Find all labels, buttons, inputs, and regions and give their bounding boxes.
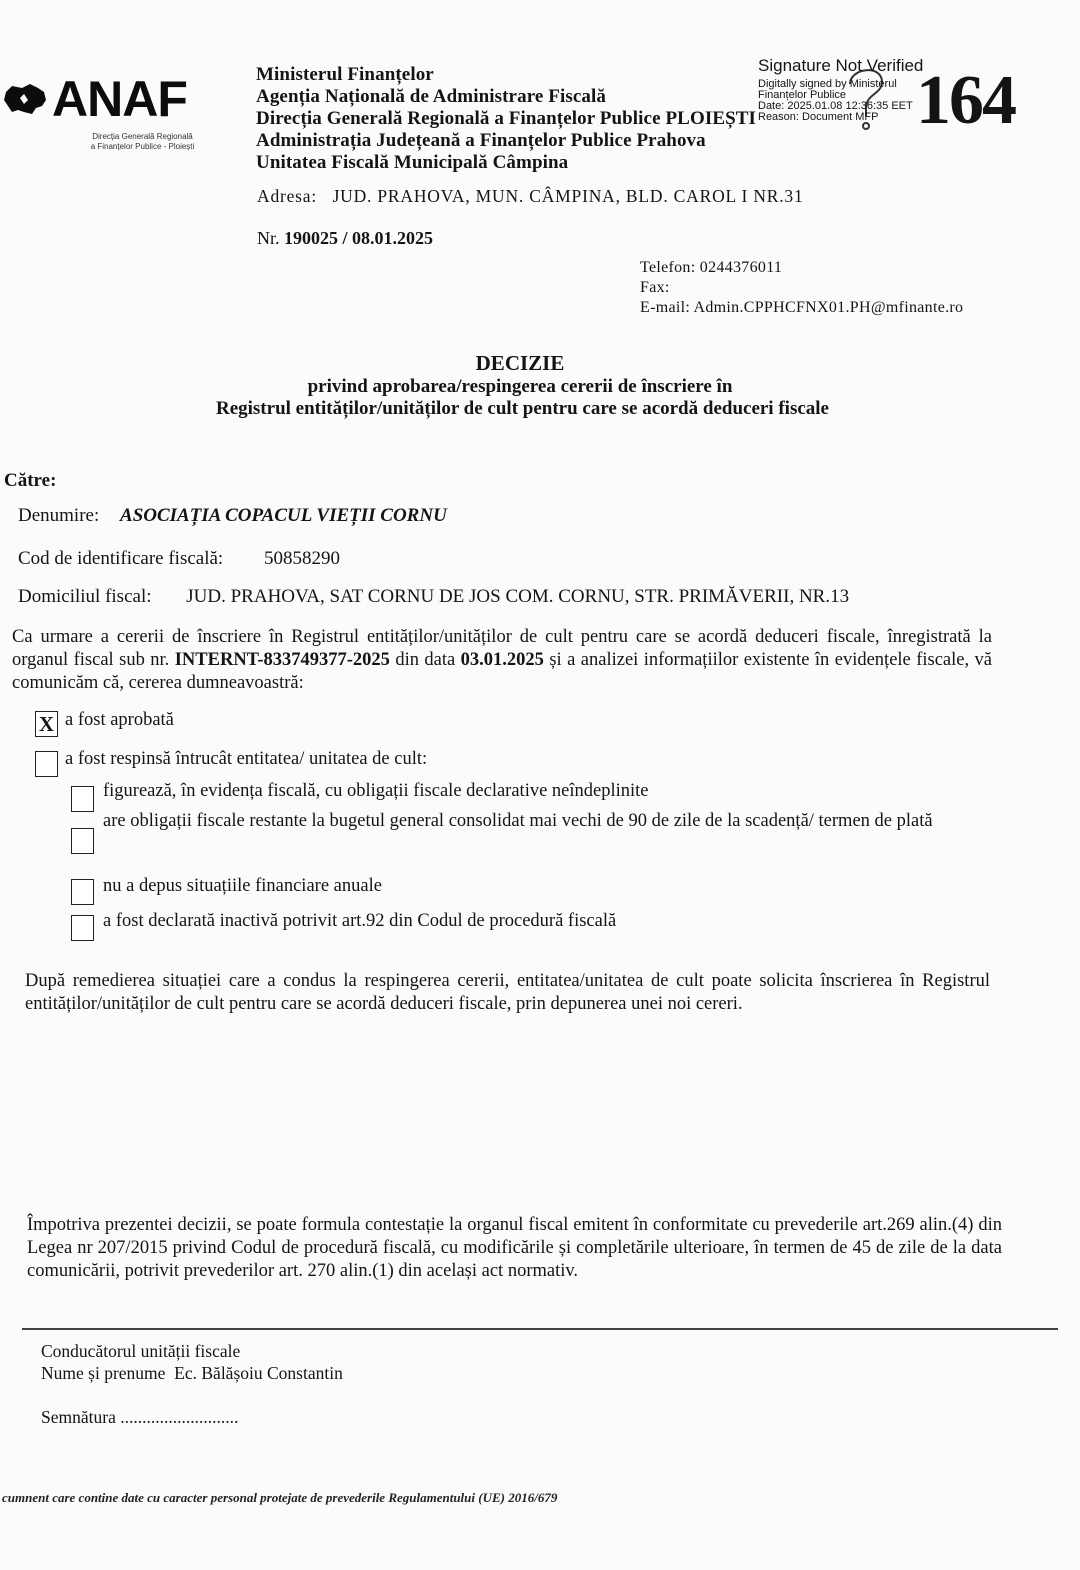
signature-detail: Reason: Document MFP (758, 112, 923, 123)
signoff-name: Ec. Bălășoiu Constantin (174, 1363, 343, 1383)
document-title: DECIZIE privind aprobarea/respingerea ce… (0, 350, 1080, 420)
page-number: 164 (916, 66, 1015, 136)
approved-label: a fost aprobată (65, 710, 174, 731)
digital-signature-block: Signature Not Verified Digitally signed … (758, 56, 923, 123)
reason-checkbox-inactive[interactable] (71, 915, 94, 941)
anaf-logo-text: ANAF (52, 74, 187, 124)
header-line: Ministerul Finanțelor (256, 64, 756, 86)
document-number: Nr. 190025 / 08.01.2025 (257, 228, 433, 249)
document-number-value: 190025 / 08.01.2025 (284, 228, 433, 248)
logo-subtitle-line: a Finanțelor Publice - Ploiești (80, 142, 205, 152)
institution-header: Ministerul Finanțelor Agenția Națională … (256, 64, 756, 174)
recipient-domicile-row: Domiciliul fiscal: JUD. PRAHOVA, SAT COR… (18, 586, 849, 608)
intro-paragraph: Ca urmare a cererii de înscriere în Regi… (12, 626, 992, 695)
romania-map-icon (2, 82, 48, 116)
reason-checkbox-financial-statements[interactable] (71, 879, 94, 905)
rejected-checkbox[interactable] (35, 751, 58, 777)
signature-label: Semnătura (41, 1407, 116, 1427)
email-label: E-mail: (640, 299, 690, 316)
reason-checkbox-arrears[interactable] (71, 828, 94, 854)
reason-checkbox-declarative[interactable] (71, 786, 94, 812)
anaf-logo-subtitle: Direcția Generală Regională a Finanțelor… (80, 132, 205, 152)
contact-info: Telefon: 0244376011 Fax: E-mail: Admin.C… (640, 258, 963, 318)
title-main: DECIZIE (0, 350, 1080, 376)
title-line: privind aprobarea/respingerea cererii de… (0, 376, 1080, 398)
address: Adresa: JUD. PRAHOVA, MUN. CÂMPINA, BLD.… (257, 186, 804, 207)
email-value: Admin.CPPHCFNX01.PH@mfinante.ro (694, 299, 964, 316)
recipient-cif-label: Cod de identificare fiscală: (18, 548, 223, 569)
reason-label: a fost declarată inactivă potrivit art.9… (103, 911, 616, 932)
address-value: JUD. PRAHOVA, MUN. CÂMPINA, BLD. CAROL I… (333, 186, 804, 206)
recipient-domicile: JUD. PRAHOVA, SAT CORNU DE JOS COM. CORN… (186, 586, 849, 607)
document-number-label: Nr. (257, 228, 280, 248)
intro-text: din data (390, 650, 461, 670)
header-line: Administrația Județeană a Finanțelor Pub… (256, 130, 756, 152)
phone-value: 0244376011 (700, 259, 782, 276)
header-line: Unitatea Fiscală Municipală Câmpina (256, 152, 756, 174)
recipient-heading: Către: (4, 470, 56, 492)
reason-label: are obligații fiscale restante la bugetu… (103, 810, 1003, 832)
recipient-name: ASOCIAȚIA COPACUL VIEȚII CORNU (120, 505, 447, 526)
signoff-block: Conducătorul unității fiscale Nume și pr… (41, 1340, 343, 1428)
reason-label: figurează, în evidența fiscală, cu oblig… (103, 781, 649, 802)
recipient-name-row: Denumire: ASOCIAȚIA COPACUL VIEȚII CORNU (18, 505, 447, 527)
remedy-paragraph: După remedierea situației care a condus … (25, 970, 990, 1016)
request-number: INTERNT-833749377-2025 (175, 650, 390, 670)
logo-subtitle-line: Direcția Generală Regională (80, 132, 205, 142)
title-line: Registrul entităților/unităților de cult… (0, 398, 1080, 420)
recipient-cif: 50858290 (264, 548, 340, 569)
request-date: 03.01.2025 (461, 650, 544, 670)
recipient-cif-row: Cod de identificare fiscală: 50858290 (18, 548, 340, 570)
signature-line: ........................... (120, 1407, 238, 1427)
appeal-paragraph: Împotriva prezentei decizii, se poate fo… (27, 1214, 1002, 1283)
phone-label: Telefon: (640, 259, 695, 276)
reason-label: nu a depus situațiile financiare anuale (103, 876, 382, 897)
fax-label: Fax: (640, 279, 670, 296)
signature-divider (22, 1328, 1058, 1330)
recipient-domicile-label: Domiciliul fiscal: (18, 586, 152, 607)
signoff-role: Conducătorul unității fiscale (41, 1340, 343, 1362)
signature-status: Signature Not Verified (758, 56, 923, 76)
signoff-name-label: Nume și prenume (41, 1363, 165, 1383)
address-label: Adresa: (257, 186, 317, 206)
recipient-name-label: Denumire: (18, 505, 99, 526)
gdpr-footer-note: cumnent care contine date cu caracter pe… (2, 1490, 557, 1506)
rejected-label: a fost respinsă întrucât entitatea/ unit… (65, 749, 427, 770)
approved-checkbox[interactable]: X (35, 711, 58, 737)
header-line: Direcția Generală Regională a Finanțelor… (256, 108, 756, 130)
header-line: Agenția Națională de Administrare Fiscal… (256, 86, 756, 108)
